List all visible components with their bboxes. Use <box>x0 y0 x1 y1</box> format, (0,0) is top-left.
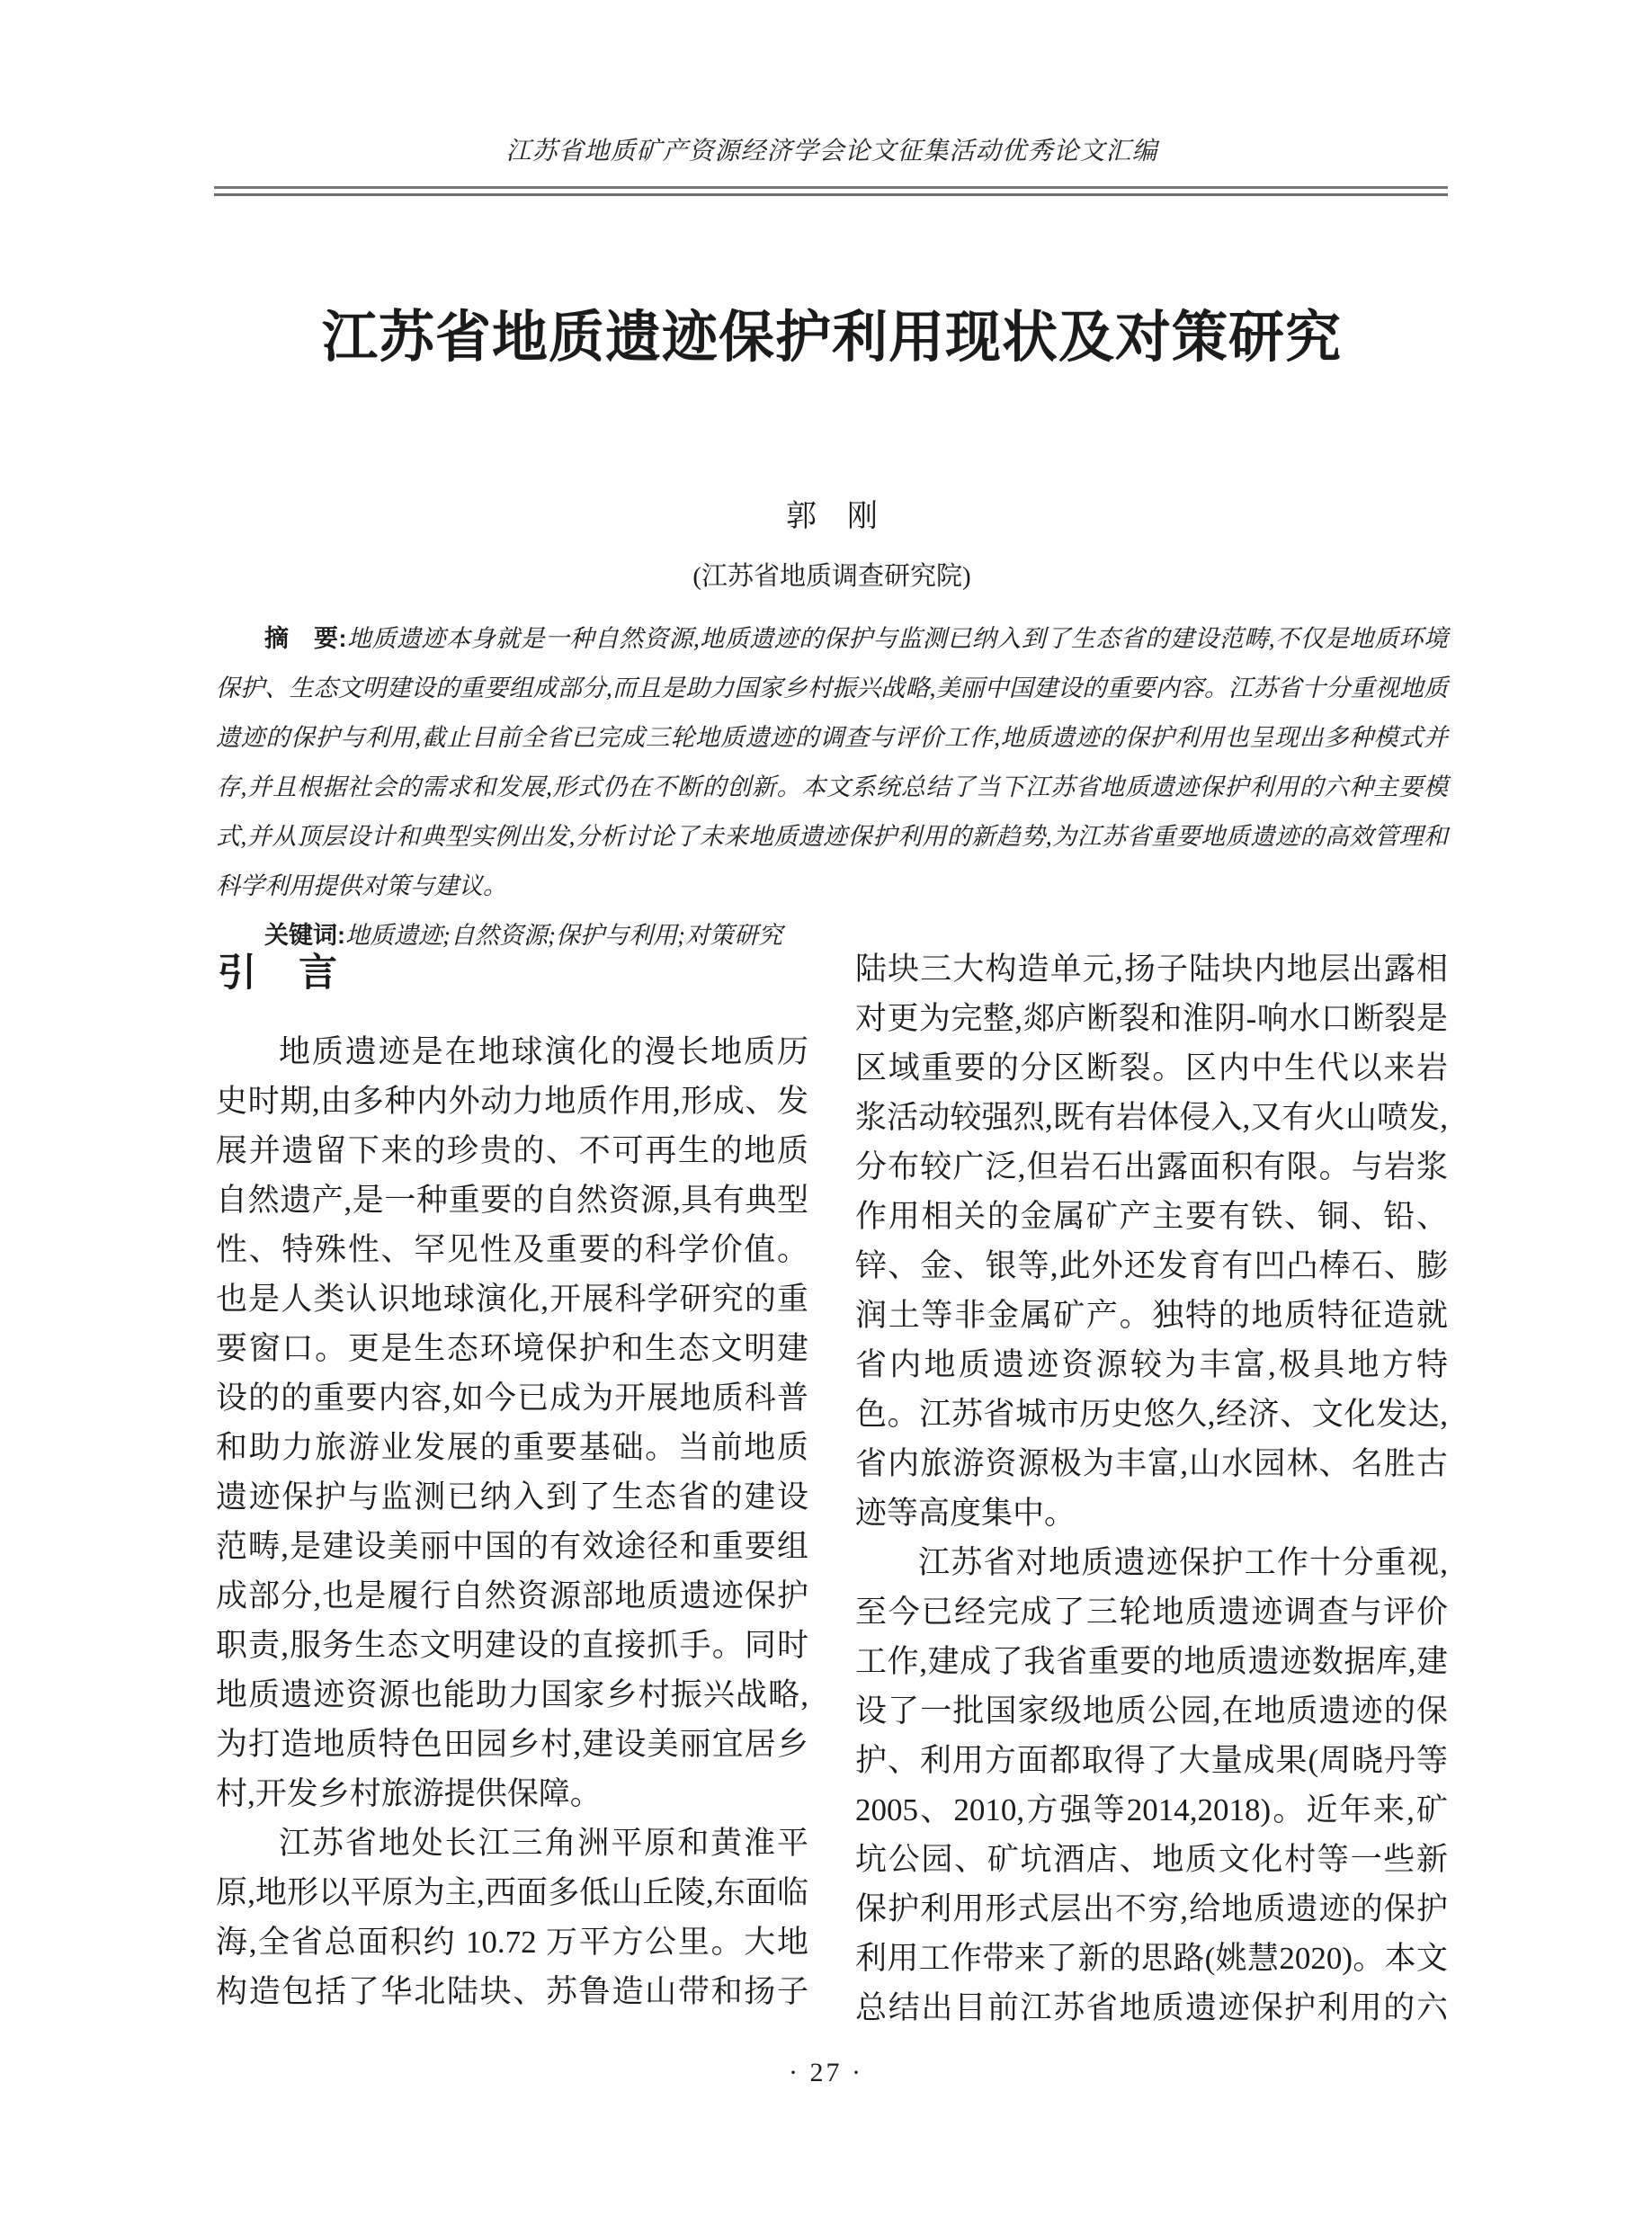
abstract-block: 摘 要:地质遗迹本身就是一种自然资源,地质遗迹的保护与监测已纳入到了生态省的建设… <box>216 614 1448 961</box>
page-number: · 27 · <box>0 2058 1652 2088</box>
author-affiliation: (江苏省地质调查研究院) <box>216 556 1448 593</box>
author-name: 郭 刚 <box>216 491 1448 535</box>
abstract-text: 地质遗迹本身就是一种自然资源,地质遗迹的保护与监测已纳入到了生态省的建设范畴,不… <box>216 625 1448 899</box>
header-double-rule <box>214 186 1448 196</box>
body-two-columns: 引 言 地质遗迹是在地球演化的漫长地质历史时期,由多种内外动力地质作用,形成、发… <box>216 944 1448 2034</box>
abstract-paragraph: 摘 要:地质遗迹本身就是一种自然资源,地质遗迹的保护与监测已纳入到了生态省的建设… <box>216 614 1448 911</box>
article-title: 江苏省地质遗迹保护利用现状及对策研究 <box>216 302 1448 374</box>
abstract-label: 摘 要: <box>264 625 347 652</box>
running-header: 江苏省地质矿产资源经济学会论文征集活动优秀论文汇编 <box>216 131 1448 167</box>
rule-line-bottom <box>214 193 1448 196</box>
section-heading-introduction: 引 言 <box>218 944 808 1002</box>
paper-page: 江苏省地质矿产资源经济学会论文征集活动优秀论文汇编 江苏省地质遗迹保护利用现状及… <box>0 0 1652 2225</box>
rule-line-top <box>214 186 1448 189</box>
body-paragraph: 地质遗迹是在地球演化的漫长地质历史时期,由多种内外动力地质作用,形成、发展并遗留… <box>216 1027 808 1818</box>
